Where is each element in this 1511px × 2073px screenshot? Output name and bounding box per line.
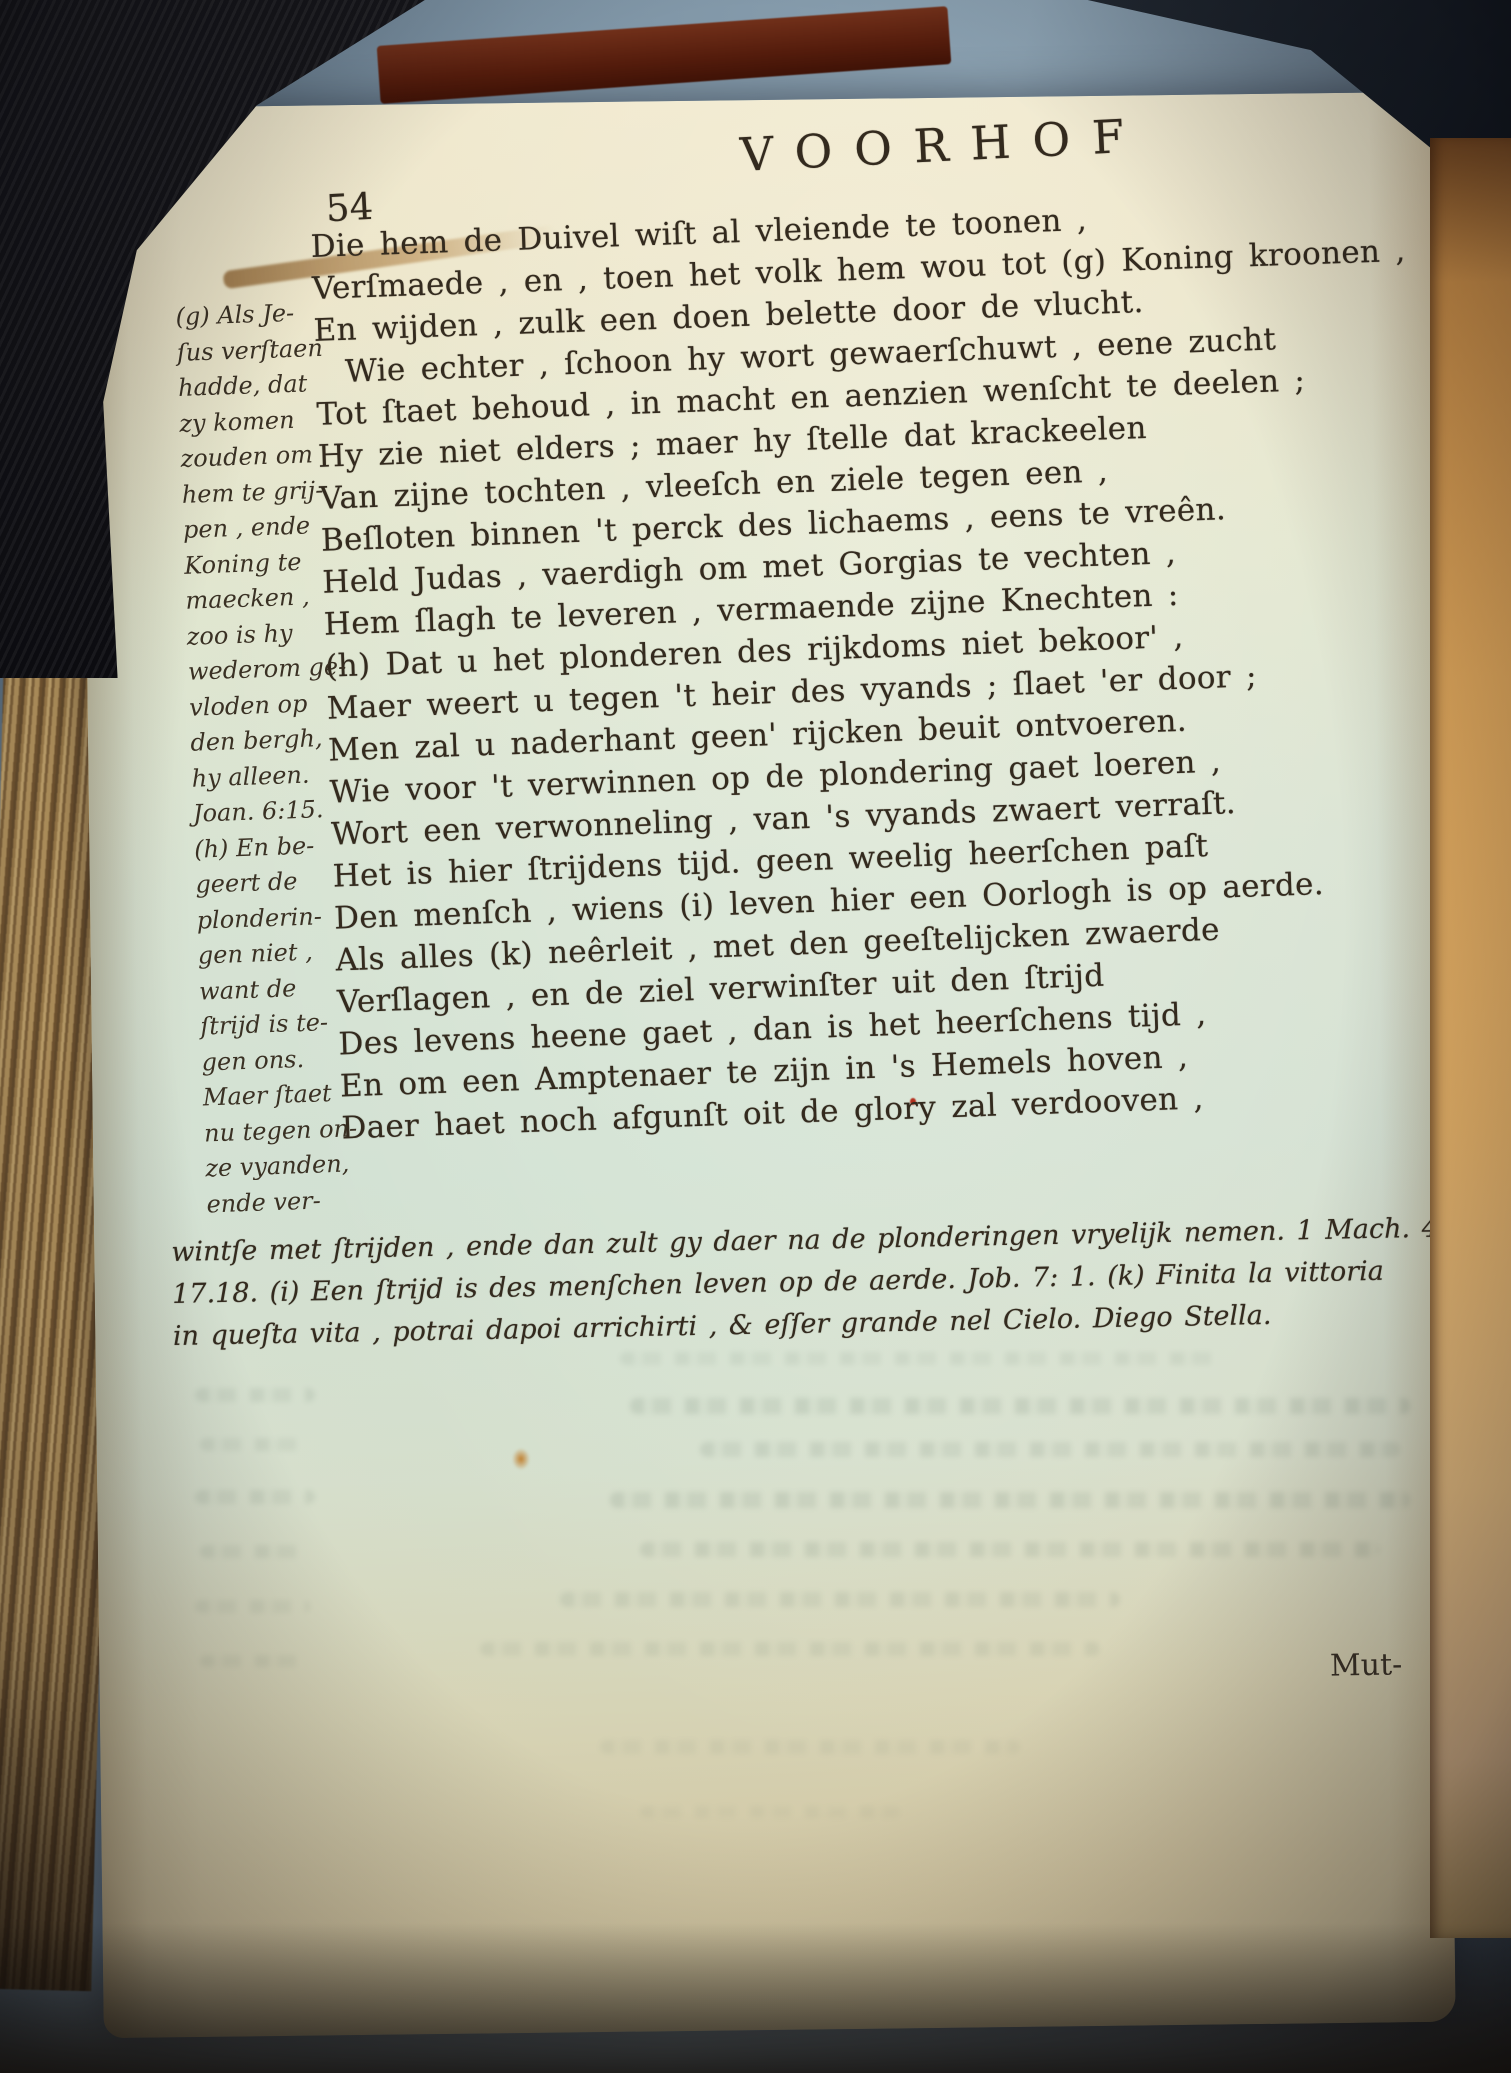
ghost-smudge [200,1438,310,1451]
margin-note-line: wederom ge- [187,650,328,690]
ghost-smudge [630,1398,1410,1414]
ghost-smudge [600,1740,1020,1754]
ghost-smudge [200,1655,300,1667]
margin-note-line: maecken , [185,579,326,619]
margin-note-line: pen , ende [182,508,323,548]
ghost-smudge [480,1642,1100,1656]
margin-note-line: hadde, dat [177,366,318,406]
ghost-smudge [195,1388,315,1402]
margin-note-line: zoo is hy [186,614,327,654]
margin-note-line: geert de [195,863,336,903]
margin-note-line: ende ver- [206,1182,347,1222]
book-photo-scene: 54 VOORHOF Die hem de Duivel wiſt al vle… [0,0,1511,2073]
margin-note-line: ze vyanden, [205,1147,346,1187]
poem-text-block: Die hem de Duivel wiſt al vleiende te to… [310,188,1436,1150]
margin-note-line: nu tegen on- [203,1111,344,1151]
ghost-smudge [620,1352,1220,1365]
margin-note-line: den bergh, [190,721,331,761]
ghost-smudge [200,1545,305,1558]
margin-note-line: Maer ſtaet [202,1076,343,1116]
margin-note-line: hy alleen. [191,756,332,796]
margin-note-line: gen ons. [201,1040,342,1080]
margin-note-line: hem te grij- [181,473,322,513]
margin-note-line: (g) Als Je- [175,295,316,335]
margin-note-line: Joan. 6:15. [192,792,333,832]
ghost-smudge [640,1806,900,1818]
ghost-smudge [195,1490,315,1504]
margin-note-line: plonderin- [196,898,337,938]
underlying-page-edge [1430,138,1511,1938]
catchword: Mut- [1330,1647,1403,1683]
ghost-smudge [560,1592,1120,1607]
ghost-smudge [610,1492,1410,1508]
ghost-smudge [195,1600,310,1613]
margin-note-line: Koning te [184,543,325,583]
ghost-smudge [700,1442,1400,1457]
margin-note-line: vloden op [189,685,330,725]
margin-note-line: (h) En be- [194,827,335,867]
margin-note-line: zouden om [180,437,321,477]
margin-note-line: ſtrijd is te- [200,1005,341,1045]
margin-note-line: ſus verſtaen [176,331,317,371]
foxing-spot [512,1448,530,1470]
maroon-book-cover-edge [377,6,952,104]
margin-note-line: zy komen [179,402,320,442]
margin-note-line: gen niet , [197,934,338,974]
ghost-smudge [640,1542,1380,1557]
margin-note-line: want de [199,969,340,1009]
footnote-block: wintſe met ſtrijden , ende dan zult gy d… [171,1207,1450,1357]
